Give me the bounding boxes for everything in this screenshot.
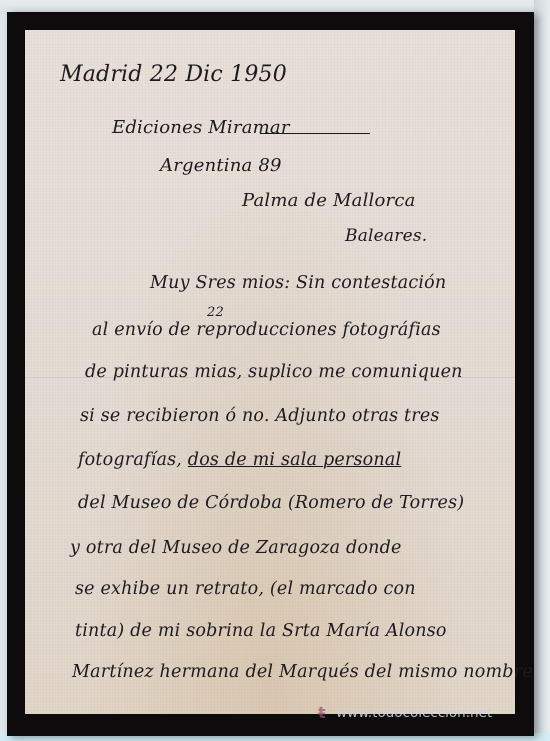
watermark-text: www.todocoleccion.net	[336, 705, 492, 721]
background-wall-right	[534, 0, 550, 741]
body-line-4: si se recibieron ó no. Adjunto otras tre…	[80, 406, 440, 426]
body-line-9: tinta) de mi sobrina la Srta María Alons…	[75, 621, 447, 641]
body-line-1: Muy Sres mios: Sin contestación	[150, 273, 446, 293]
body-line-2: al envío de reproducciones fotográfias	[92, 320, 441, 340]
recipient-street: Argentina 89	[160, 155, 282, 176]
body-line-3: de pinturas mias, suplico me comuniquen	[85, 362, 463, 382]
recipient-city: Palma de Mallorca	[242, 190, 416, 211]
body-line-5: fotografías, dos de mi sala personal	[78, 450, 401, 470]
todocoleccion-logo-icon: ŧ	[318, 703, 334, 721]
body-line-7: y otra del Museo de Zaragoza donde	[70, 538, 402, 558]
body-line-6: del Museo de Córdoba (Romero de Torres)	[78, 493, 464, 513]
body-line-5-prefix: fotografías,	[78, 450, 188, 470]
letter-place-date: Madrid 22 Dic 1950	[60, 62, 287, 87]
body-line-8: se exhibe un retrato, (el marcado con	[75, 579, 416, 599]
recipient-name: Ediciones Miramar	[112, 117, 290, 138]
body-line-5-underlined: dos de mi sala personal	[188, 450, 402, 470]
recipient-region: Baleares.	[345, 226, 427, 246]
recipient-name-underline	[260, 133, 370, 134]
body-superscript-number: 22	[207, 305, 224, 320]
body-line-10: Martínez hermana del Marqués del mismo n…	[72, 662, 533, 682]
